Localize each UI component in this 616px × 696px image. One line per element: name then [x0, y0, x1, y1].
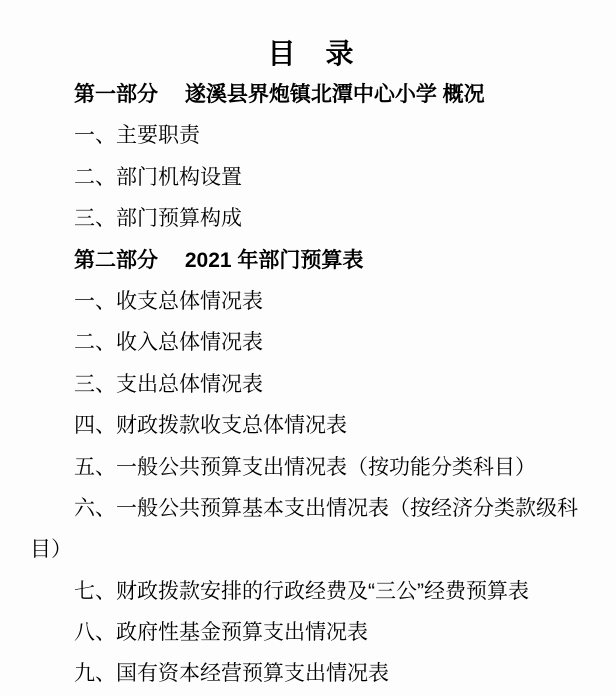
- toc-entry: 九、国有资本经营预算支出情况表: [30, 653, 592, 694]
- toc-entry: 二、部门机构设置: [30, 157, 592, 198]
- toc-entry: 一、主要职责: [30, 115, 592, 156]
- toc-section-heading-2: 第二部分 2021 年部门预算表: [30, 240, 592, 281]
- toc-entry: 五、一般公共预算支出情况表（按功能分类科目）: [30, 447, 592, 488]
- table-of-contents: 第一部分 遂溪县界炮镇北潭中心小学 概况 一、主要职责 二、部门机构设置 三、部…: [30, 74, 592, 695]
- toc-entry: 八、政府性基金预算支出情况表: [30, 612, 592, 653]
- toc-entry: 七、财政拨款安排的行政经费及“三公”经费预算表: [30, 571, 592, 612]
- toc-entry: 六、一般公共预算基本支出情况表（按经济分类款级科: [30, 488, 592, 529]
- toc-entry: 二、收入总体情况表: [30, 322, 592, 363]
- toc-entry: 三、支出总体情况表: [30, 364, 592, 405]
- document-page: 目 录 第一部分 遂溪县界炮镇北潭中心小学 概况 一、主要职责 二、部门机构设置…: [0, 0, 616, 696]
- toc-entry-wrap: 目）: [30, 529, 592, 570]
- toc-section-heading-1: 第一部分 遂溪县界炮镇北潭中心小学 概况: [30, 74, 592, 115]
- toc-entry: 四、财政拨款收支总体情况表: [30, 405, 592, 446]
- page-title: 目 录: [30, 36, 592, 72]
- toc-entry: 一、收支总体情况表: [30, 281, 592, 322]
- toc-entry: 三、部门预算构成: [30, 198, 592, 239]
